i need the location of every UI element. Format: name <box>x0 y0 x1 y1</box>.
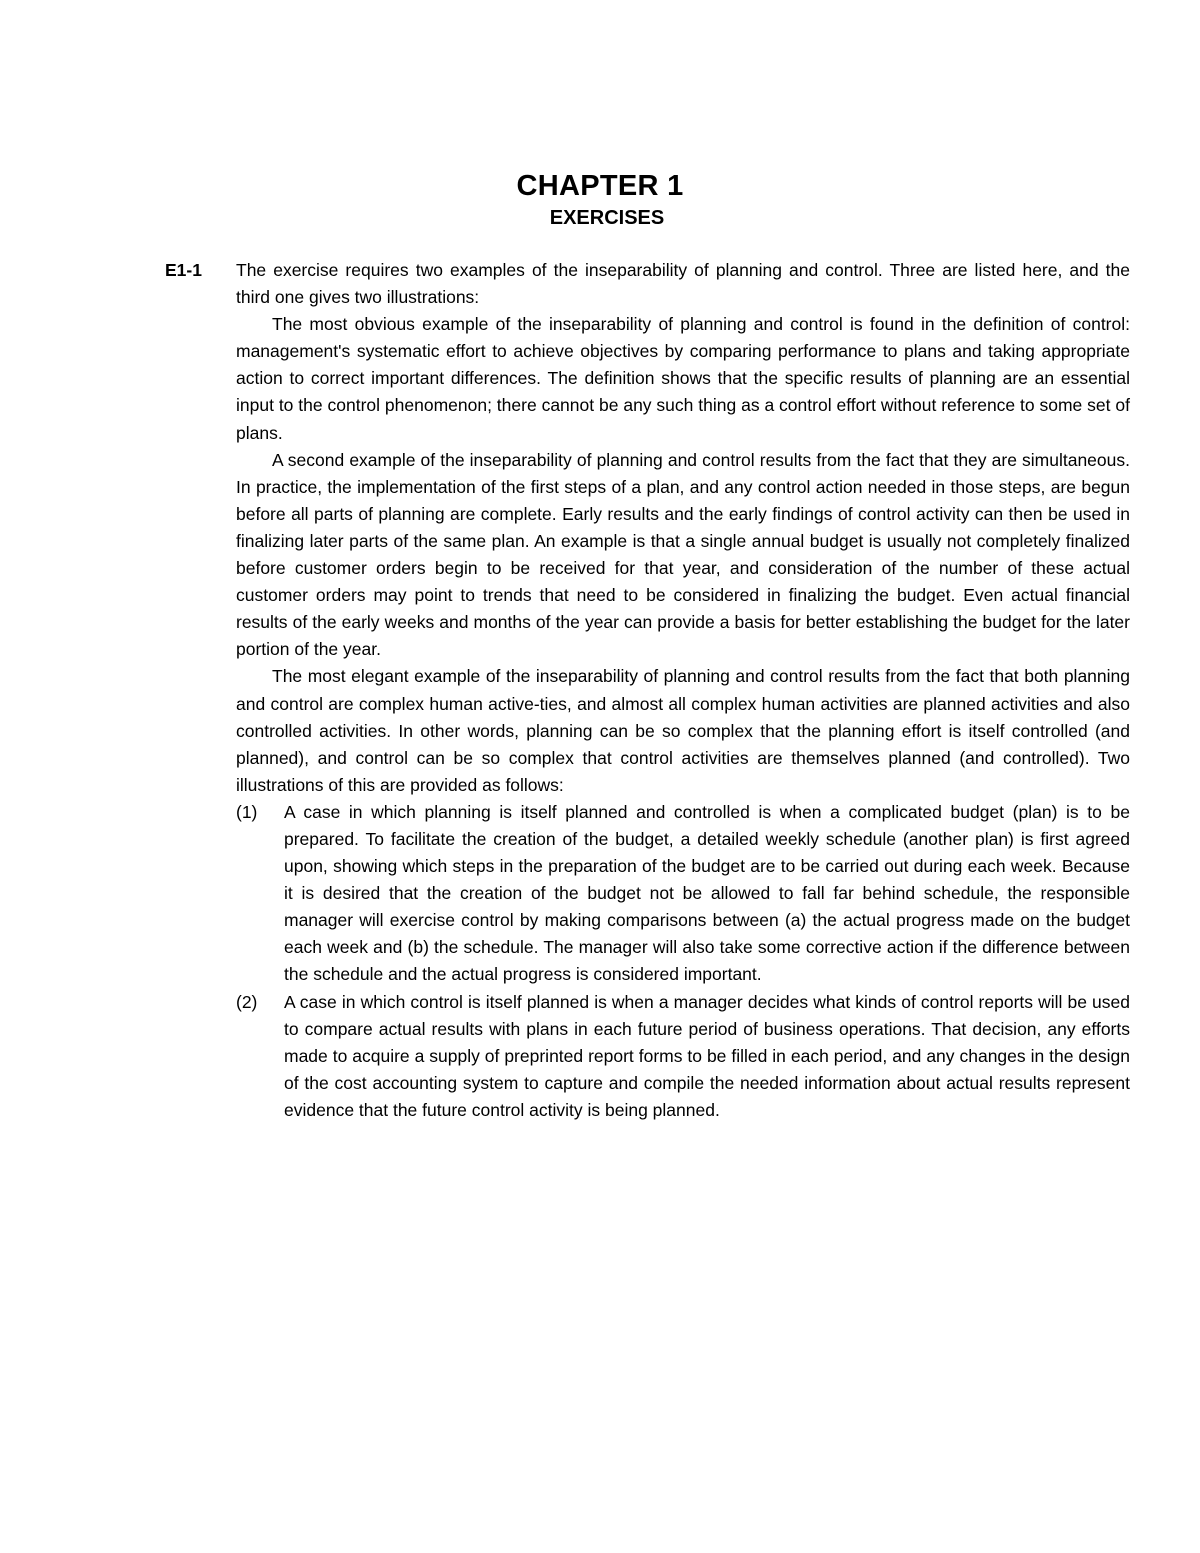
exercise-e1-1: E1-1 The exercise requires two examples … <box>165 257 1130 1124</box>
illustration-text: A case in which control is itself planne… <box>284 992 1130 1120</box>
document-page: CHAPTER 1 EXERCISES E1-1 The exercise re… <box>0 0 1200 1553</box>
illustration-number: (1) <box>236 799 257 826</box>
illustration-number: (2) <box>236 989 257 1016</box>
exercise-body: The exercise requires two examples of th… <box>236 257 1130 1124</box>
section-title: EXERCISES <box>0 207 1200 230</box>
illustration-text: A case in which planning is itself plann… <box>284 802 1130 985</box>
illustration-item-2: (2) A case in which control is itself pl… <box>236 989 1130 1124</box>
illustrations-list: (1) A case in which planning is itself p… <box>236 799 1130 1124</box>
illustration-item-1: (1) A case in which planning is itself p… <box>236 799 1130 989</box>
paragraph-first-example: The most obvious example of the insepara… <box>236 311 1130 446</box>
paragraph-second-example: A second example of the inseparability o… <box>236 447 1130 664</box>
exercise-label: E1-1 <box>165 257 202 284</box>
exercise-intro: The exercise requires two examples of th… <box>236 257 1130 311</box>
paragraph-third-example: The most elegant example of the insepara… <box>236 663 1130 798</box>
chapter-title: CHAPTER 1 <box>0 170 1200 203</box>
